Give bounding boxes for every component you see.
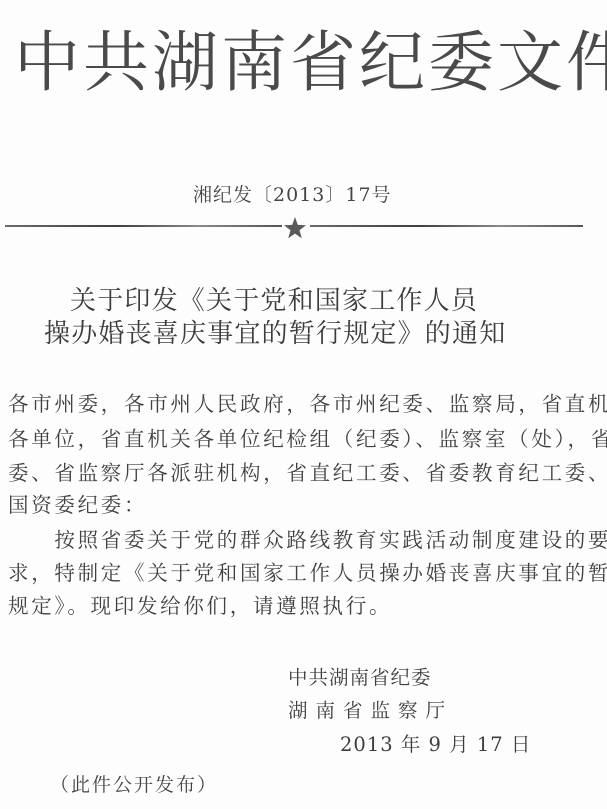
body-line: 求，特制定《关于党和国家工作人员操办婚丧喜庆事宜的暂行	[8, 560, 607, 586]
body-line: 按照省委关于党的群众路线教育实践活动制度建设的要	[8, 527, 607, 553]
signature-org-1: 中共湖南省纪委	[288, 665, 432, 691]
body-line: 各市州委，各市州人民政府，各市州纪委、监察局，省直机关	[8, 391, 607, 417]
signature-date: 2013 年 9 月 17 日	[340, 732, 531, 758]
document-title-line-1: 关于印发《关于党和国家工作人员	[70, 285, 478, 317]
divider-rule-left	[5, 225, 282, 227]
body-line: 委、省监察厅各派驻机构，省直纪工委、省委教育纪工委、省	[8, 460, 607, 486]
signature-org-2: 湖南省监察厅	[288, 698, 453, 724]
document-title-line-2: 操办婚丧喜庆事宜的暂行规定》的通知	[44, 318, 506, 350]
divider-rule-right	[310, 225, 583, 227]
document-masthead: 中共湖南省纪委文件	[14, 18, 607, 108]
star-icon	[283, 216, 307, 240]
publication-note: （此件公开发布）	[50, 772, 218, 798]
document-number: 湘纪发〔2013〕17号	[193, 182, 392, 208]
body-line: 规定》。现印发给你们，请遵照执行。	[8, 593, 392, 619]
body-line: 各单位，省直机关各单位纪检组（纪委）、监察室（处），省纪	[8, 426, 607, 452]
body-line: 国资委纪委：	[8, 492, 147, 518]
